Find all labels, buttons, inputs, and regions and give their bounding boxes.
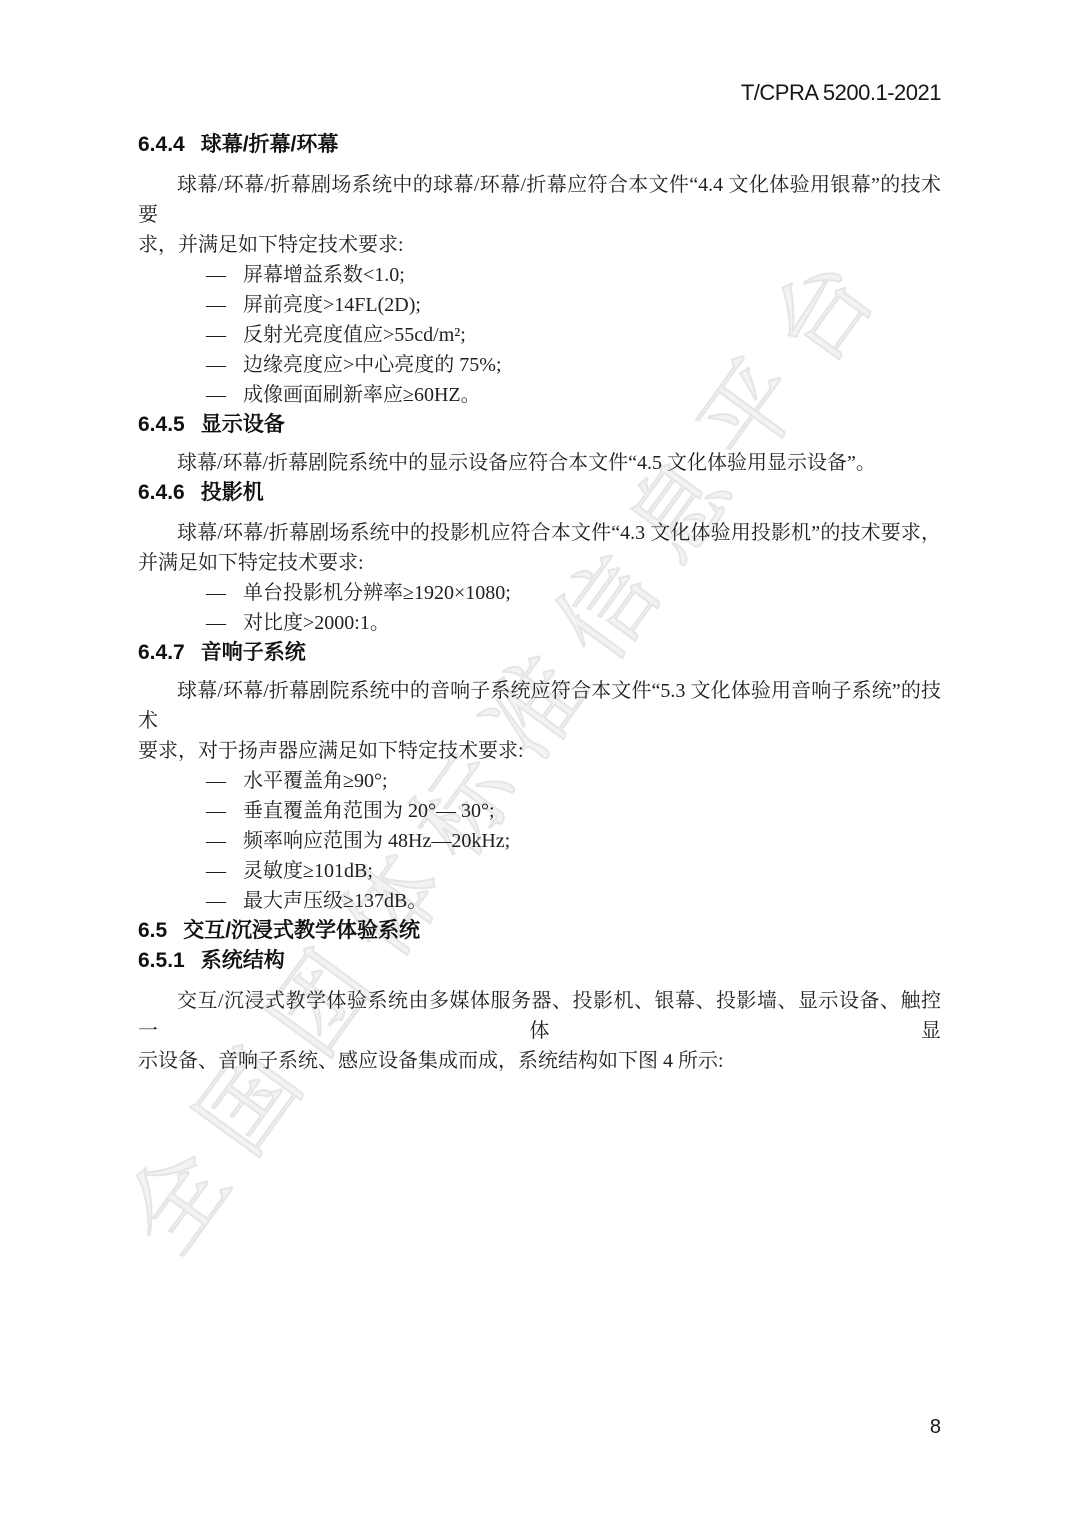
list-item-text: 屏幕增益系数<1.0;	[243, 264, 405, 286]
section-title: 球幕/折幕/环幕	[201, 133, 339, 156]
section-number: 6.4.6	[138, 481, 185, 504]
section-title: 音响子系统	[201, 641, 306, 664]
list-item-text: 频率响应范围为 48Hz—20kHz;	[243, 830, 510, 852]
dash-marker: —	[206, 260, 243, 290]
list-item-text: 最大声压级≥137dB。	[243, 890, 427, 912]
paragraph-line: 并满足如下特定技术要求:	[138, 548, 941, 578]
dash-marker: —	[206, 350, 243, 380]
list-item-text: 灵敏度≥101dB;	[243, 860, 373, 882]
dash-marker: —	[206, 856, 243, 886]
list-item: —垂直覆盖角范围为 20°— 30°;	[138, 796, 941, 826]
paragraph-line: 示设备、音响子系统、感应设备集成而成，系统结构如下图 4 所示:	[138, 1046, 941, 1076]
paragraph-line: 要求，对于扬声器应满足如下特定技术要求:	[138, 736, 941, 766]
list-item-text: 成像画面刷新率应≥60HZ。	[243, 384, 481, 406]
list-item: —反射光亮度值应>55cd/m²;	[138, 320, 941, 350]
section-heading-646: 6.4.6投影机	[138, 478, 941, 508]
section-number: 6.4.5	[138, 413, 185, 436]
section-heading-65: 6.5交互/沉浸式教学体验系统	[138, 916, 941, 946]
list-item-text: 水平覆盖角≥90°;	[243, 770, 388, 792]
bullet-list-647: —水平覆盖角≥90°; —垂直覆盖角范围为 20°— 30°; —频率响应范围为…	[138, 766, 941, 916]
section-heading-651: 6.5.1系统结构	[138, 946, 941, 976]
section-number: 6.4.7	[138, 641, 185, 664]
dash-marker: —	[206, 886, 243, 916]
dash-marker: —	[206, 320, 243, 350]
section-title: 系统结构	[201, 949, 285, 972]
section-number: 6.5	[138, 919, 167, 942]
list-item-text: 对比度>2000:1。	[243, 612, 390, 634]
dash-marker: —	[206, 766, 243, 796]
dash-marker: —	[206, 826, 243, 856]
doc-number-header: T/CPRA 5200.1-2021	[741, 80, 941, 106]
section-heading-645: 6.4.5显示设备	[138, 410, 941, 440]
list-item: —成像画面刷新率应≥60HZ。	[138, 380, 941, 410]
section-heading-644: 6.4.4球幕/折幕/环幕	[138, 130, 941, 160]
section-title: 交互/沉浸式教学体验系统	[183, 919, 420, 942]
list-item: —灵敏度≥101dB;	[138, 856, 941, 886]
list-item: —屏前亮度>14FL(2D);	[138, 290, 941, 320]
page-number: 8	[930, 1416, 941, 1439]
paragraph-647: 球幕/环幕/折幕剧院系统中的音响子系统应符合本文件“5.3 文化体验用音响子系统…	[138, 676, 941, 766]
paragraph-646: 球幕/环幕/折幕剧场系统中的投影机应符合本文件“4.3 文化体验用投影机”的技术…	[138, 518, 941, 578]
section-title: 投影机	[201, 481, 264, 504]
paragraph-line: 球幕/环幕/折幕剧院系统中的显示设备应符合本文件“4.5 文化体验用显示设备”。	[138, 448, 941, 478]
paragraph-line: 球幕/环幕/折幕剧场系统中的投影机应符合本文件“4.3 文化体验用投影机”的技术…	[138, 518, 941, 548]
list-item: —水平覆盖角≥90°;	[138, 766, 941, 796]
paragraph-644: 球幕/环幕/折幕剧场系统中的球幕/环幕/折幕应符合本文件“4.4 文化体验用银幕…	[138, 170, 941, 260]
list-item-text: 单台投影机分辨率≥1920×1080;	[243, 582, 511, 604]
bullet-list-644: —屏幕增益系数<1.0; —屏前亮度>14FL(2D); —反射光亮度值应>55…	[138, 260, 941, 410]
dash-marker: —	[206, 578, 243, 608]
dash-marker: —	[206, 380, 243, 410]
paragraph-645: 球幕/环幕/折幕剧院系统中的显示设备应符合本文件“4.5 文化体验用显示设备”。	[138, 448, 941, 478]
list-item-text: 边缘亮度应>中心亮度的 75%;	[243, 354, 502, 376]
list-item: —单台投影机分辨率≥1920×1080;	[138, 578, 941, 608]
dash-marker: —	[206, 608, 243, 638]
paragraph-line: 求，并满足如下特定技术要求:	[138, 230, 941, 260]
list-item-text: 反射光亮度值应>55cd/m²;	[243, 324, 466, 346]
list-item: —最大声压级≥137dB。	[138, 886, 941, 916]
paragraph-line: 球幕/环幕/折幕剧院系统中的音响子系统应符合本文件“5.3 文化体验用音响子系统…	[138, 676, 941, 736]
list-item-text: 垂直覆盖角范围为 20°— 30°;	[243, 800, 495, 822]
section-heading-647: 6.4.7音响子系统	[138, 638, 941, 668]
list-item-text: 屏前亮度>14FL(2D);	[243, 294, 421, 316]
bullet-list-646: —单台投影机分辨率≥1920×1080; —对比度>2000:1。	[138, 578, 941, 638]
paragraph-line: 交互/沉浸式教学体验系统由多媒体服务器、投影机、银幕、投影墙、显示设备、触控一体…	[138, 986, 941, 1046]
section-number: 6.5.1	[138, 949, 185, 972]
document-body: 6.4.4球幕/折幕/环幕 球幕/环幕/折幕剧场系统中的球幕/环幕/折幕应符合本…	[138, 130, 941, 1076]
list-item: —频率响应范围为 48Hz—20kHz;	[138, 826, 941, 856]
list-item: —屏幕增益系数<1.0;	[138, 260, 941, 290]
document-page: 全国团体标准信息平台 T/CPRA 5200.1-2021 6.4.4球幕/折幕…	[0, 0, 1080, 1528]
section-number: 6.4.4	[138, 133, 185, 156]
paragraph-line: 球幕/环幕/折幕剧场系统中的球幕/环幕/折幕应符合本文件“4.4 文化体验用银幕…	[138, 170, 941, 230]
dash-marker: —	[206, 290, 243, 320]
list-item: —边缘亮度应>中心亮度的 75%;	[138, 350, 941, 380]
section-title: 显示设备	[201, 413, 285, 436]
paragraph-651: 交互/沉浸式教学体验系统由多媒体服务器、投影机、银幕、投影墙、显示设备、触控一体…	[138, 986, 941, 1076]
dash-marker: —	[206, 796, 243, 826]
list-item: —对比度>2000:1。	[138, 608, 941, 638]
